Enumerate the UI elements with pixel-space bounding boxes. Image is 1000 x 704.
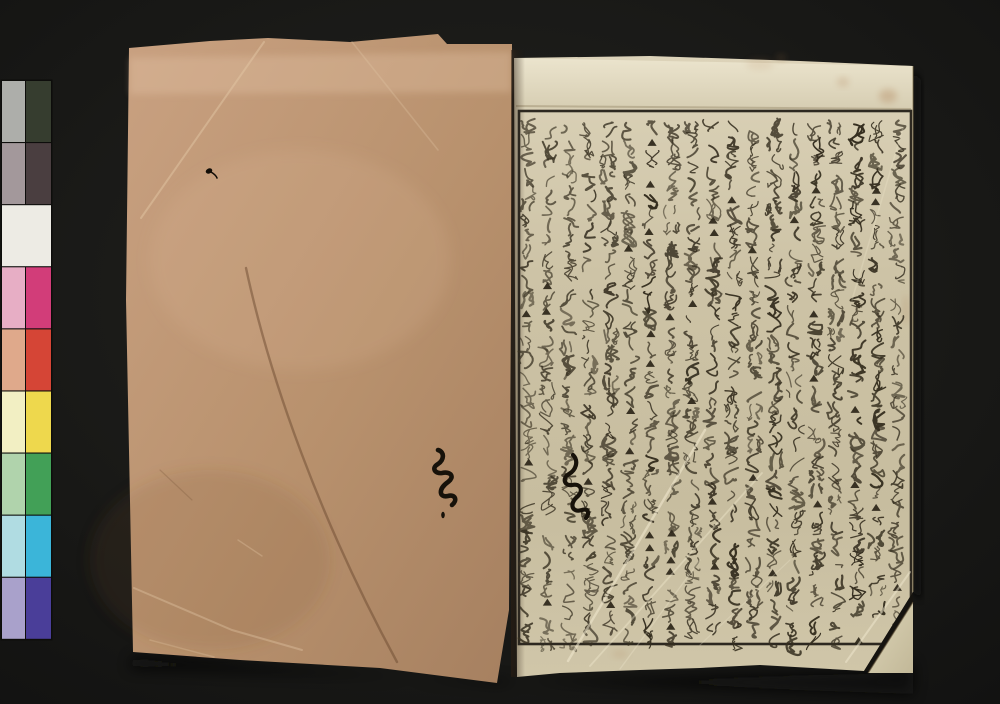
calibration-patch-saturated: [26, 143, 51, 204]
calibration-patch-saturated: [26, 516, 51, 577]
left-cover-page: [90, 34, 512, 683]
calibration-patch-saturated: [26, 267, 51, 328]
calibration-patch-muted: [2, 454, 25, 515]
calibration-patch-muted: [2, 392, 25, 453]
cover-top-fold-highlight: [130, 52, 511, 94]
calibration-patch-muted: [2, 578, 25, 639]
calibration-patch-saturated: [26, 329, 51, 390]
page-top-fold-band: [514, 58, 913, 110]
calibration-patch-muted: [2, 329, 25, 390]
cover-mottle: [150, 150, 450, 370]
calibration-patch-muted: [2, 143, 25, 204]
cover-mottle: [90, 470, 330, 650]
calibration-patch-muted: [2, 267, 25, 328]
calibration-patch-white: [2, 205, 51, 266]
open-book: [90, 34, 913, 683]
scanned-book-photograph: [0, 0, 1000, 704]
calibration-patch-muted: [2, 81, 25, 142]
calibration-patch-saturated: [26, 81, 51, 142]
calibration-patch-saturated: [26, 392, 51, 453]
right-text-page: [511, 50, 913, 677]
calibration-patch-muted: [2, 516, 25, 577]
calibration-patch-saturated: [26, 578, 51, 639]
scan-canvas: [0, 0, 1000, 704]
color-calibration-strip: [1, 80, 53, 641]
calibration-patch-saturated: [26, 454, 51, 515]
